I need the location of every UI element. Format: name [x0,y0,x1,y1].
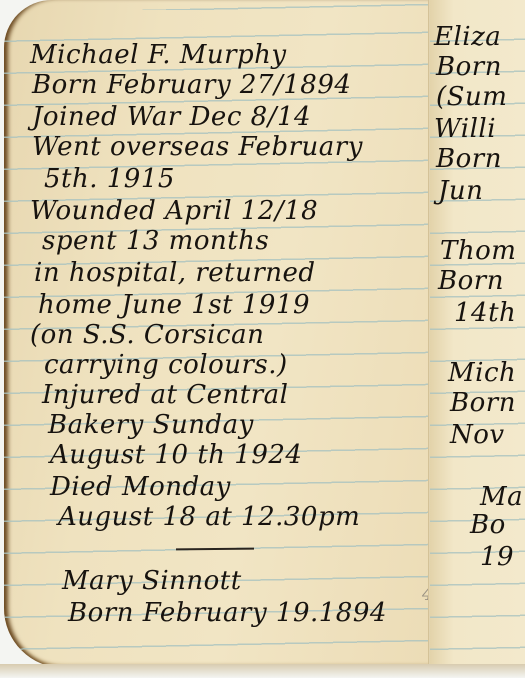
entry-line: 5th. 1915 [44,164,175,194]
entry-line: Wounded April 12/18 [30,196,318,226]
fragment: Jun [438,176,483,206]
fragment: Thom [440,236,516,266]
fragment: (Sum [436,82,507,112]
fragment: Eliza [434,22,501,52]
right-page: Eliza Born (Sum Willi Born Jun Thom Born… [430,0,525,668]
entry-line: Bakery Sunday [48,410,254,440]
entry-line: in hospital, returned [34,258,316,288]
entry-line: home June 1st 1919 [38,290,310,320]
entry-line: Injured at Central [42,380,288,410]
fragment: Ma [480,482,523,512]
fragment: Willi [434,114,496,144]
entry-line: (on S.S. Corsican [30,320,264,350]
entry-name: Michael F. Murphy [30,40,287,70]
entry-line: Joined War Dec 8/14 [32,102,311,132]
entry-name: Mary Sinnott [62,566,242,596]
entry-line: August 10 th 1924 [50,440,302,470]
entry-line: Born February 19.1894 [68,598,387,628]
entry-line: spent 13 months [42,226,269,256]
fragment: 19 [480,542,514,572]
fragment: Nov [450,420,505,450]
entry-line: Went overseas February [32,132,363,162]
entry-line: Born February 27/1894 [32,70,351,100]
entry-line: August 18 at 12.30pm [58,502,360,532]
page-bottom-shadow [0,664,525,678]
fragment: Bo [470,510,506,540]
notebook-scan: Michael F. Murphy Born February 27/1894 … [0,0,525,678]
fragment: 14th [454,298,516,328]
fragment: Born [450,388,516,418]
fragment: Born [436,52,502,82]
fragment: Born [436,144,502,174]
left-page: Michael F. Murphy Born February 27/1894 … [4,0,434,668]
entry-line: Died Monday [50,472,231,502]
fragment: Mich [448,358,516,388]
fragment: Born [438,266,504,296]
entry-line: carrying colours.) [44,350,288,380]
